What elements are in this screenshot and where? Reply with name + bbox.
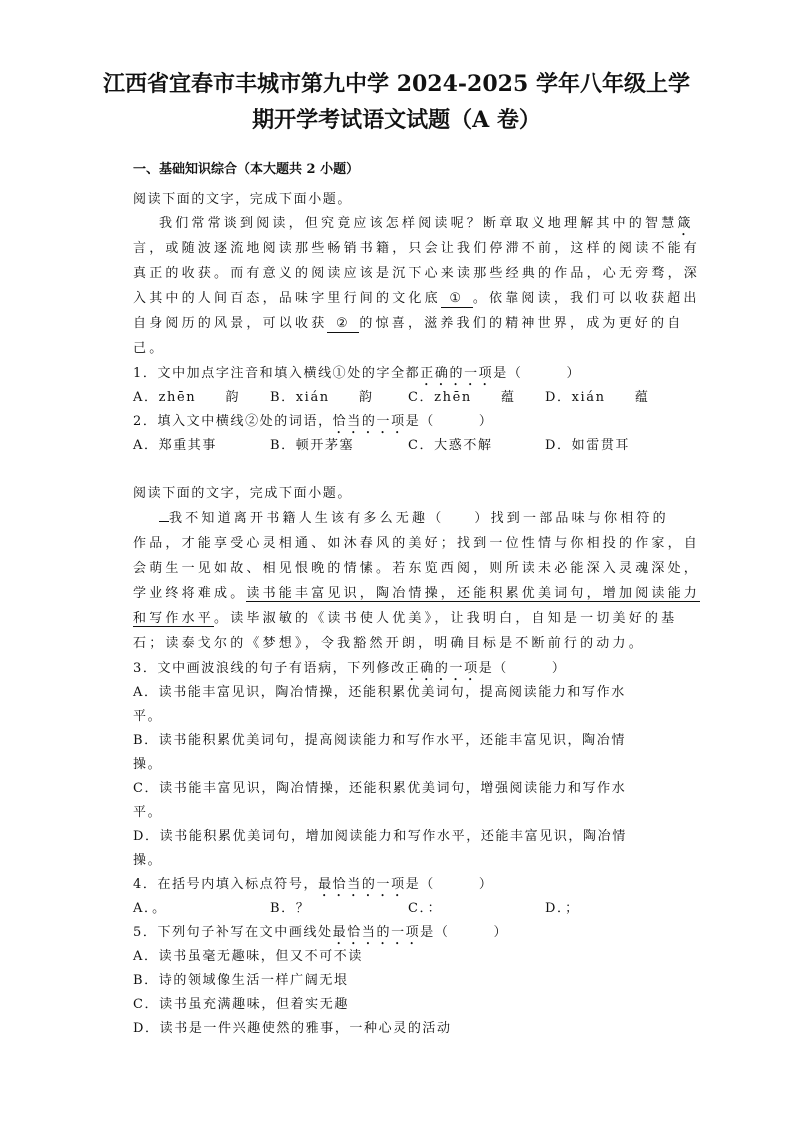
document-title: 江西省宜春市丰城市第九中学 2024-2025 学年八年级上学 期开学考试语文试… bbox=[100, 66, 693, 138]
group2-instruction: 阅读下面的文字，完成下面小题。 bbox=[133, 484, 673, 504]
group2-passage-line-3: 会萌生一见如故、相见恨晚的情愫。若东览西阅，则所读未必能深入灵魂深处， bbox=[133, 559, 673, 579]
q3-option-c-line-1[interactable]: C．读书能丰富见识，陶冶情操，还能积累优美词句，增强阅读能力和写作水 bbox=[133, 779, 673, 799]
group1-passage-line-4: 入其中的人间百态，品味字里行间的文化底①。依靠阅读，我们可以收获超出 bbox=[133, 289, 673, 309]
group2-passage-line-5: 和写作水平。读毕淑敏的《读书使人优美》，让我明白，自知是一切美好的基 bbox=[133, 609, 673, 629]
q3-option-a-line-2: 平。 bbox=[133, 707, 673, 727]
q1-option-a[interactable]: A．zhēn 韵 bbox=[133, 388, 240, 408]
q5-option-c[interactable]: C．读书虽充满趣味，但着实无趣 bbox=[133, 995, 673, 1015]
q5-option-d[interactable]: D．读书是一件兴趣使然的雅事，一种心灵的活动 bbox=[133, 1019, 673, 1039]
q1-option-c[interactable]: C．zhēn 蕴 bbox=[408, 388, 516, 408]
group1-instruction: 阅读下面的文字，完成下面小题。 bbox=[133, 190, 673, 210]
question-2-options: A．郑重其事 B．顿开茅塞 C．大惑不解 D．如雷贯耳 bbox=[133, 436, 673, 456]
q2-option-d[interactable]: D．如雷贯耳 bbox=[545, 436, 630, 456]
q2-option-a[interactable]: A．郑重其事 bbox=[133, 436, 217, 456]
group1-passage-line-6: 己。 bbox=[133, 339, 673, 359]
marked-sentence: 读书能丰富见识，陶冶情操，还能积累优美词句，增加阅读能力 bbox=[246, 586, 700, 602]
question-5-stem: 5．下列句子补写在文中画线处最恰当的一项是（） bbox=[133, 923, 673, 948]
marked-sentence-end: 和写作水平 bbox=[133, 611, 214, 627]
group2-passage-line-2: 作品，才能享受心灵相通、如沐春风的美好；找到一位性情与你相投的作家，自 bbox=[133, 534, 673, 554]
blank-1: ① bbox=[441, 291, 473, 308]
q4-option-b[interactable]: B．？ bbox=[270, 899, 310, 919]
question-4-stem: 4．在括号内填入标点符号，最恰当的一项是（） bbox=[133, 875, 673, 900]
q4-option-a[interactable]: A．。 bbox=[133, 899, 167, 919]
blank-2: ② bbox=[327, 316, 359, 333]
fill-blank-line bbox=[159, 521, 169, 522]
group2-passage-line-6: 石；读泰戈尔的《梦想》，令我豁然开朗，明确目标是不断前行的动力。 bbox=[133, 634, 673, 654]
q2-option-b[interactable]: B．顿开茅塞 bbox=[270, 436, 354, 456]
question-3-stem: 3．文中画波浪线的句子有语病，下列修改正确的一项是（） bbox=[133, 659, 673, 684]
group1-passage-line-3: 真正的收获。而有意义的阅读应该是沉下心来读那些经典的作品，心无旁骛，深 bbox=[133, 264, 673, 284]
q3-option-d-line-1[interactable]: D．读书能积累优美词句，增加阅读能力和写作水平，还能丰富见识，陶冶情 bbox=[133, 827, 673, 847]
q1-option-b[interactable]: B．xián 韵 bbox=[270, 388, 374, 408]
q3-option-c-line-2: 平。 bbox=[133, 803, 673, 823]
group2-passage-line-1: 我不知道离开书籍人生该有多么无趣（）找到一部品味与你相符的 bbox=[133, 509, 673, 529]
group1-passage-line-2: 言，或随波逐流地阅读那些畅销书籍，只会让我们停滞不前，这样的阅读不能有 bbox=[133, 239, 673, 259]
q3-option-d-line-2: 操。 bbox=[133, 851, 673, 871]
question-1-stem: 1．文中加点字注音和填入横线①处的字全都正确的一项是（） bbox=[133, 364, 673, 389]
section-heading: 一、基础知识综合（本大题共 2 小题） bbox=[133, 160, 359, 180]
q4-option-d[interactable]: D．； bbox=[545, 899, 580, 919]
dotted-character: 箴 bbox=[677, 216, 693, 231]
group1-passage-line-5: 自身阅历的风景，可以收获②的惊喜，滋养我们的精神世界，成为更好的自 bbox=[133, 314, 673, 334]
q5-option-b[interactable]: B．诗的领域像生活一样广阔无垠 bbox=[133, 971, 673, 991]
q3-option-a-line-1[interactable]: A．读书能丰富见识，陶冶情操，还能积累优美词句，提高阅读能力和写作水 bbox=[133, 683, 673, 703]
q1-option-d[interactable]: D．xián 蕴 bbox=[545, 388, 649, 408]
q4-option-c[interactable]: C．： bbox=[408, 899, 442, 919]
group2-passage-line-4: 学业终将难成。读书能丰富见识，陶冶情操，还能积累优美词句，增加阅读能力 bbox=[133, 584, 673, 604]
question-2-stem: 2．填入文中横线②处的词语，恰当的一项是（） bbox=[133, 412, 673, 437]
question-4-options: A．。 B．？ C．： D．； bbox=[133, 899, 673, 919]
group1-passage-line-1: 我们常常谈到阅读，但究竟应该怎样阅读呢？断章取义地理解其中的智慧箴 bbox=[133, 214, 673, 239]
exam-page: 江西省宜春市丰城市第九中学 2024-2025 学年八年级上学 期开学考试语文试… bbox=[0, 0, 793, 1122]
q3-option-b-line-2: 操。 bbox=[133, 755, 673, 775]
title-line-2: 期开学考试语文试题（A 卷） bbox=[100, 102, 693, 138]
question-1-options: A．zhēn 韵 B．xián 韵 C．zhēn 蕴 D．xián 蕴 bbox=[133, 388, 673, 408]
q2-option-c[interactable]: C．大惑不解 bbox=[408, 436, 493, 456]
q5-option-a[interactable]: A．读书虽毫无趣味，但又不可不读 bbox=[133, 947, 673, 967]
q3-option-b-line-1[interactable]: B．读书能积累优美词句，提高阅读能力和写作水平，还能丰富见识，陶冶情 bbox=[133, 731, 673, 751]
title-line-1: 江西省宜春市丰城市第九中学 2024-2025 学年八年级上学 bbox=[100, 66, 693, 102]
